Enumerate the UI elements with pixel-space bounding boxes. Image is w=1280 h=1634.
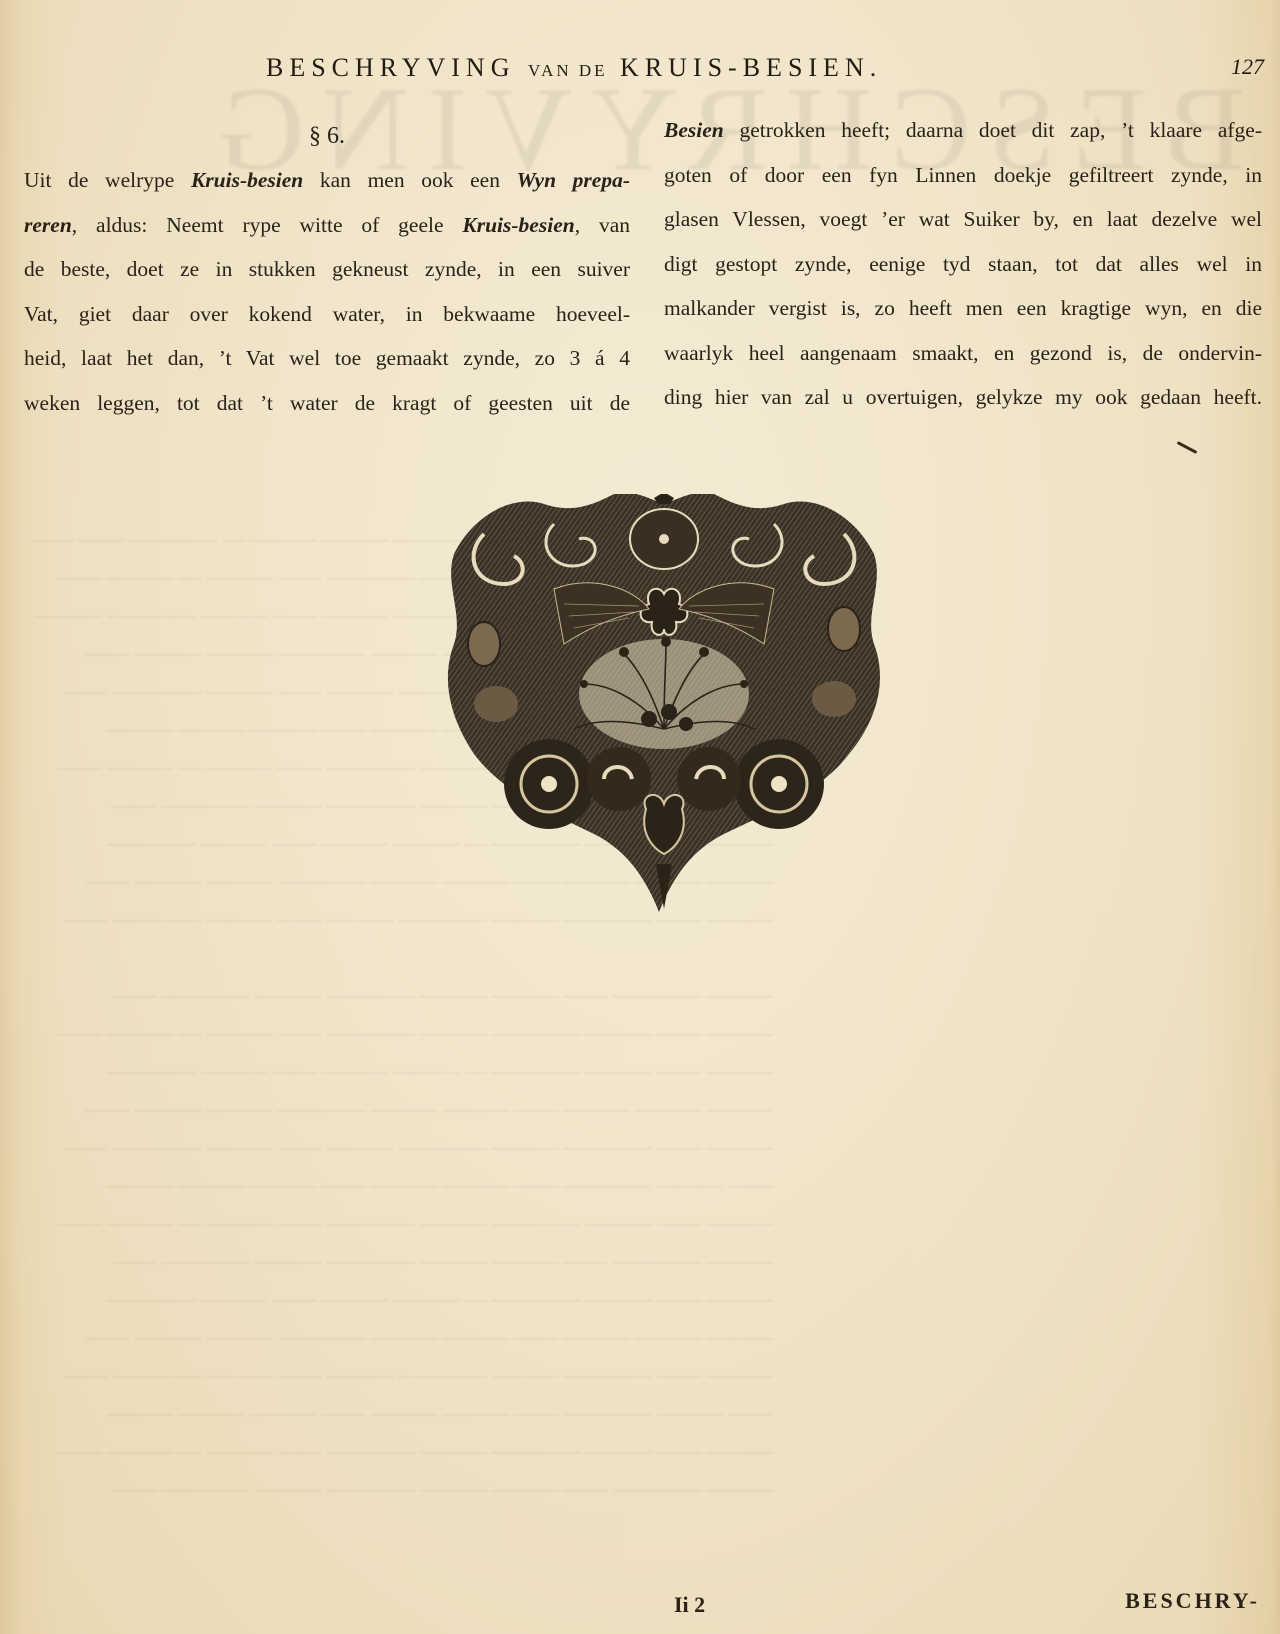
italic-term: Besien	[664, 118, 724, 142]
text-line: waarlyk heel aangenaam smaakt, en gezond…	[664, 331, 1262, 376]
text-line: digt gestopt zynde, eenige tyd staan, to…	[664, 242, 1262, 287]
italic-term: Kruis-besien	[462, 213, 574, 237]
left-column: § 6. Uit de welrype Kruis-besien kan men…	[24, 112, 630, 425]
text-line: heid, laat het dan, ’t Vat wel toe gemaa…	[24, 336, 630, 381]
ink-mark	[1177, 441, 1198, 454]
running-head-title: BESCHRYVING VAN DE KRUIS-BESIEN.	[266, 53, 882, 83]
text-run: de beste, doet ze in stukken gekneust zy…	[24, 257, 630, 281]
text-run: glasen Vlessen, voegt ’er wat Suiker by,…	[664, 207, 1262, 231]
running-head-title-part3: KRUIS-BESIEN.	[620, 53, 882, 82]
ornament-graphic	[434, 494, 894, 914]
text-line: goten of door een fyn Linnen doekje gefi…	[664, 153, 1262, 198]
signature-mark: Ii 2	[674, 1592, 705, 1618]
text-line: Vat, giet daar over kokend water, in bek…	[24, 292, 630, 337]
book-page: BESCHRYVING — ——— —— ——— ——— ———— ——— ——…	[0, 0, 1280, 1634]
text-run: , aldus: Neemt rype witte of geele	[72, 213, 463, 237]
running-head-title-part1: BESCHRYVING	[266, 53, 515, 82]
right-column: Besien getrokken heeft; daarna doet dit …	[664, 108, 1262, 420]
text-run: Uit de welrype	[24, 168, 191, 192]
running-head: BESCHRYVING VAN DE KRUIS-BESIEN. 127	[0, 50, 1280, 90]
text-line: malkander vergist is, zo heeft men een k…	[664, 286, 1262, 331]
text-run: digt gestopt zynde, eenige tyd staan, to…	[664, 252, 1262, 276]
running-head-title-part2: VAN DE	[528, 61, 608, 80]
text-line: de beste, doet ze in stukken gekneust zy…	[24, 247, 630, 292]
text-run: , van	[575, 213, 630, 237]
text-run: heid, laat het dan, ’t Vat wel toe gemaa…	[24, 346, 630, 370]
text-line: glasen Vlessen, voegt ’er wat Suiker by,…	[664, 197, 1262, 242]
text-line: Uit de welrype Kruis-besien kan men ook …	[24, 158, 630, 203]
woodcut-tailpiece-ornament	[434, 494, 894, 914]
text-line: weken leggen, tot dat ’t water de kragt …	[24, 381, 630, 426]
text-run: ding hier van zal u overtuigen, gelykze …	[664, 385, 1262, 409]
italic-term: Wyn prepa-	[517, 168, 630, 192]
text-line: Besien getrokken heeft; daarna doet dit …	[664, 108, 1262, 153]
text-line: ding hier van zal u overtuigen, gelykze …	[664, 375, 1262, 420]
page-number: 127	[1231, 54, 1264, 80]
text-run: getrokken heeft; daarna doet dit zap, ’t…	[724, 118, 1262, 142]
text-run: malkander vergist is, zo heeft men een k…	[664, 296, 1262, 320]
text-line: reren, aldus: Neemt rype witte of geele …	[24, 203, 630, 248]
italic-term: reren	[24, 213, 72, 237]
text-run: waarlyk heel aangenaam smaakt, en gezond…	[664, 341, 1262, 365]
italic-term: Kruis-besien	[191, 168, 303, 192]
section-heading: § 6.	[24, 112, 630, 160]
text-run: goten of door een fyn Linnen doekje gefi…	[664, 163, 1262, 187]
text-run: weken leggen, tot dat ’t water de kragt …	[24, 391, 630, 415]
text-run: kan men ook een	[303, 168, 516, 192]
catchword: BESCHRY-	[1125, 1588, 1260, 1614]
text-run: Vat, giet daar over kokend water, in bek…	[24, 302, 630, 326]
